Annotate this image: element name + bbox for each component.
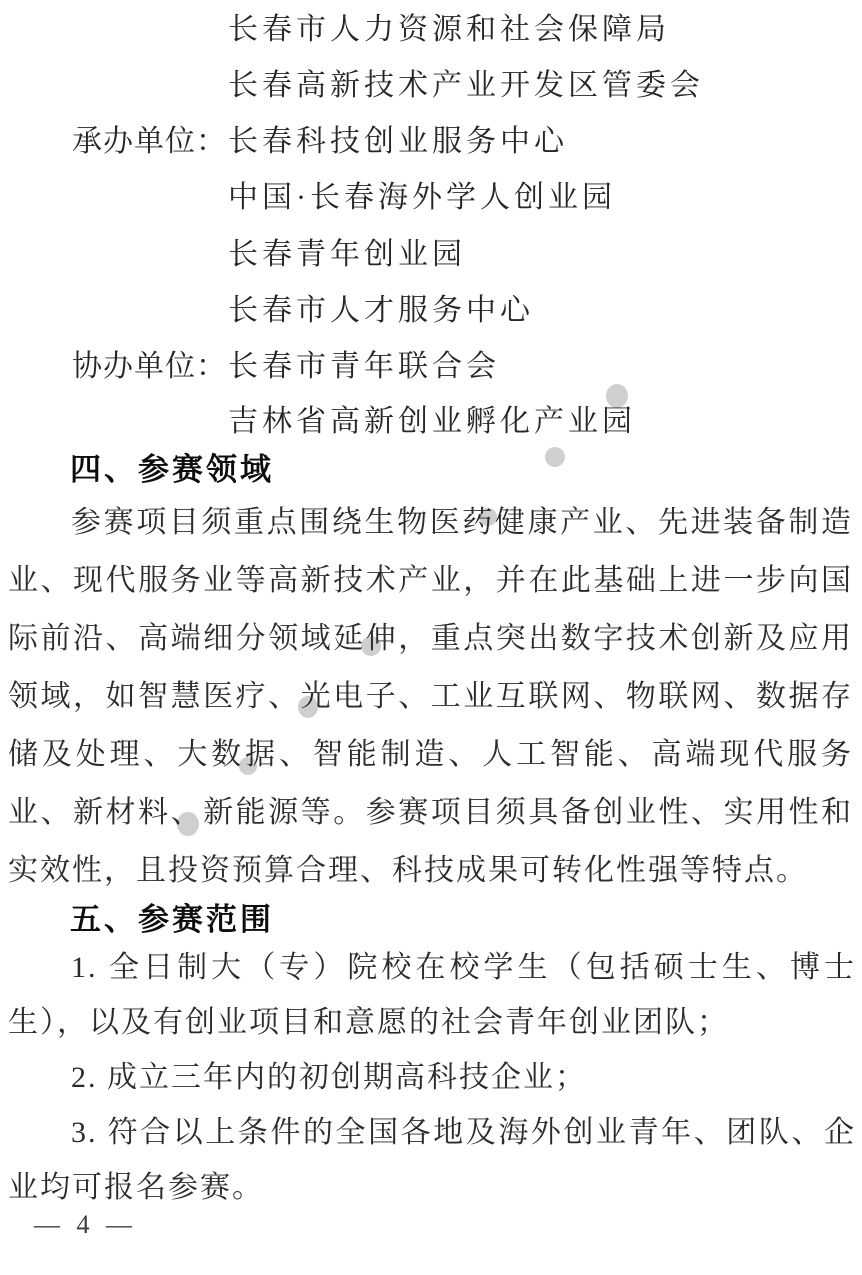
page-number: — 4 —: [34, 1210, 137, 1240]
organizer-name-line: 长春青年创业园: [228, 229, 466, 269]
scanned-document-page: 长春市人力资源和社会保障局 长春高新技术产业开发区管委会 承办单位：长春科技创业…: [0, 0, 862, 1275]
host-unit-continuation-line: 长春高新技术产业开发区管委会: [228, 60, 704, 100]
organizer-name-line: 中国·长春海外学人创业园: [228, 172, 616, 212]
co-organizer-name-line: 吉林省高新创业孵化产业园: [228, 396, 636, 436]
scope-list-item-1: 1. 全日制大（专）院校在校学生（包括硕士生、博士生），以及有创业项目和意愿的社…: [8, 940, 856, 1050]
co-organizer-label: 协办单位：: [72, 341, 228, 385]
competition-scope-list: 1. 全日制大（专）院校在校学生（包括硕士生、博士生），以及有创业项目和意愿的社…: [8, 940, 856, 1215]
organizer-name-line: 长春市人才服务中心: [228, 285, 534, 325]
competition-fields-paragraph: 参赛项目须重点围绕生物医药健康产业、先进装备制造业、现代服务业等高新技术产业，并…: [8, 494, 853, 900]
scope-list-item-3: 3. 符合以上条件的全国各地及海外创业青年、团队、企业均可报名参赛。: [8, 1105, 856, 1215]
co-organizer-entry-line: 协办单位：长春市青年联合会: [72, 341, 500, 381]
organizer-label: 承办单位：: [72, 116, 228, 160]
section-heading-competition-fields: 四、参赛领域: [70, 444, 274, 489]
organizer-name: 长春科技创业服务中心: [228, 125, 568, 158]
co-organizer-name: 长春市青年联合会: [228, 350, 500, 383]
section-heading-competition-scope: 五、参赛范围: [70, 894, 274, 939]
scope-list-item-2: 2. 成立三年内的初创期高科技企业；: [8, 1050, 856, 1105]
host-unit-continuation-line: 长春市人力资源和社会保障局: [228, 4, 670, 44]
scan-speck: [545, 447, 565, 467]
organizer-entry-line: 承办单位：长春科技创业服务中心: [72, 116, 568, 156]
